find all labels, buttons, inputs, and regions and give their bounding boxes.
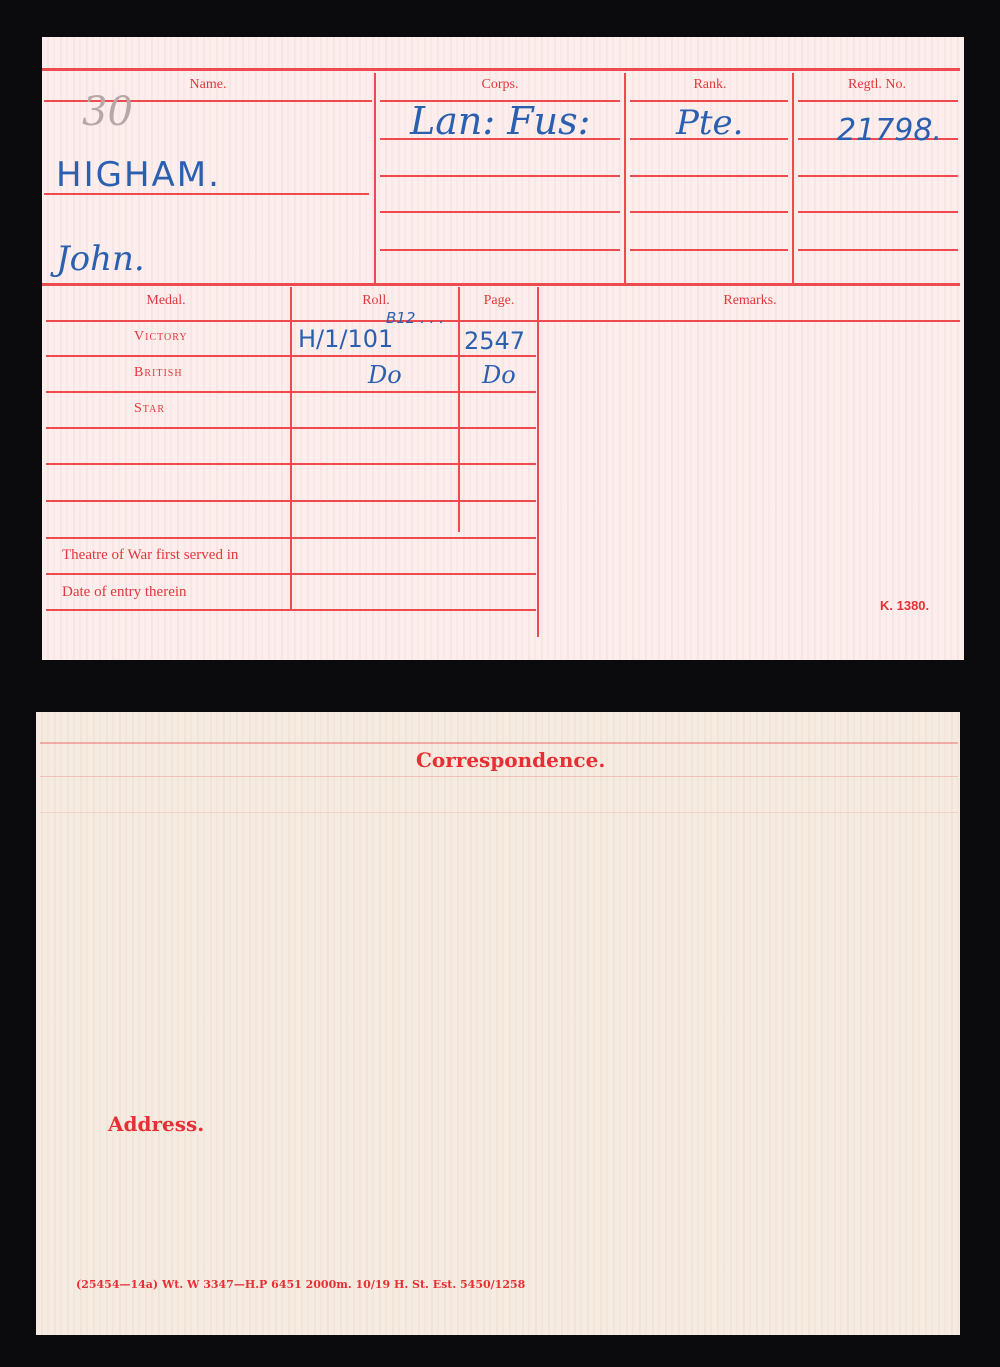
rule: [40, 742, 958, 744]
rule: [46, 609, 536, 611]
rule: [46, 573, 536, 575]
form-number: K. 1380.: [880, 598, 929, 613]
date-entry-label: Date of entry therein: [62, 584, 187, 601]
rule: [630, 175, 788, 177]
rule: [630, 100, 788, 102]
rule: [630, 249, 788, 251]
medal-victory: Victory: [134, 329, 188, 345]
rank-header: Rank.: [693, 77, 726, 93]
medal-star: Star: [134, 401, 165, 417]
address-label: Address.: [108, 1112, 204, 1136]
section-rule: [42, 283, 960, 286]
victory-roll: H/1/101: [298, 325, 393, 353]
surname: HIGHAM.: [56, 155, 221, 195]
rule: [46, 500, 536, 502]
page-header: Page.: [484, 293, 515, 309]
rule: [46, 391, 536, 393]
rule: [380, 249, 620, 251]
rule: [40, 776, 958, 777]
pencil-note: 30: [82, 89, 133, 135]
rule: [46, 537, 536, 539]
rule: [798, 100, 958, 102]
top-rule: [42, 68, 960, 71]
corps-header: Corps.: [482, 77, 519, 93]
victory-page: 2547: [464, 327, 525, 355]
rule: [798, 211, 958, 213]
name-header: Name.: [190, 77, 227, 93]
divider: [290, 287, 292, 610]
rule: [798, 249, 958, 251]
medal-index-card-back: Correspondence. Address. (25454—14a) Wt.…: [36, 712, 960, 1335]
medal-index-card-front: Name. Corps. Rank. Regtl. No. 30 HIGHAM.…: [42, 37, 964, 660]
remarks-header: Remarks.: [723, 293, 776, 309]
regtl-no-header: Regtl. No.: [848, 77, 906, 93]
rule: [798, 175, 958, 177]
roll-header: Roll.: [362, 293, 390, 309]
rule: [46, 355, 536, 357]
medal-british: British: [134, 365, 183, 381]
divider: [374, 73, 376, 283]
medal-header: Medal.: [146, 293, 185, 309]
forename: John.: [56, 239, 145, 279]
rule: [46, 427, 536, 429]
divider: [624, 73, 626, 283]
correspondence-title: Correspondence.: [416, 748, 605, 772]
rule: [380, 175, 620, 177]
british-roll: Do: [368, 361, 402, 389]
regtl-no-value: 21798.: [837, 113, 942, 148]
rule: [630, 211, 788, 213]
rule: [46, 320, 960, 322]
print-line: (25454—14a) Wt. W 3347—H.P 6451 2000m. 1…: [76, 1278, 525, 1291]
rule: [46, 463, 536, 465]
divider: [458, 287, 460, 532]
theatre-label: Theatre of War first served in: [62, 547, 238, 564]
rule: [380, 211, 620, 213]
rank-value: Pte.: [676, 103, 743, 143]
divider: [792, 73, 794, 283]
victory-roll-note: B12 . . .: [386, 309, 444, 327]
corps-value: Lan: Fus:: [410, 99, 590, 143]
divider: [537, 287, 539, 637]
rule: [40, 812, 958, 813]
british-page: Do: [482, 361, 516, 389]
